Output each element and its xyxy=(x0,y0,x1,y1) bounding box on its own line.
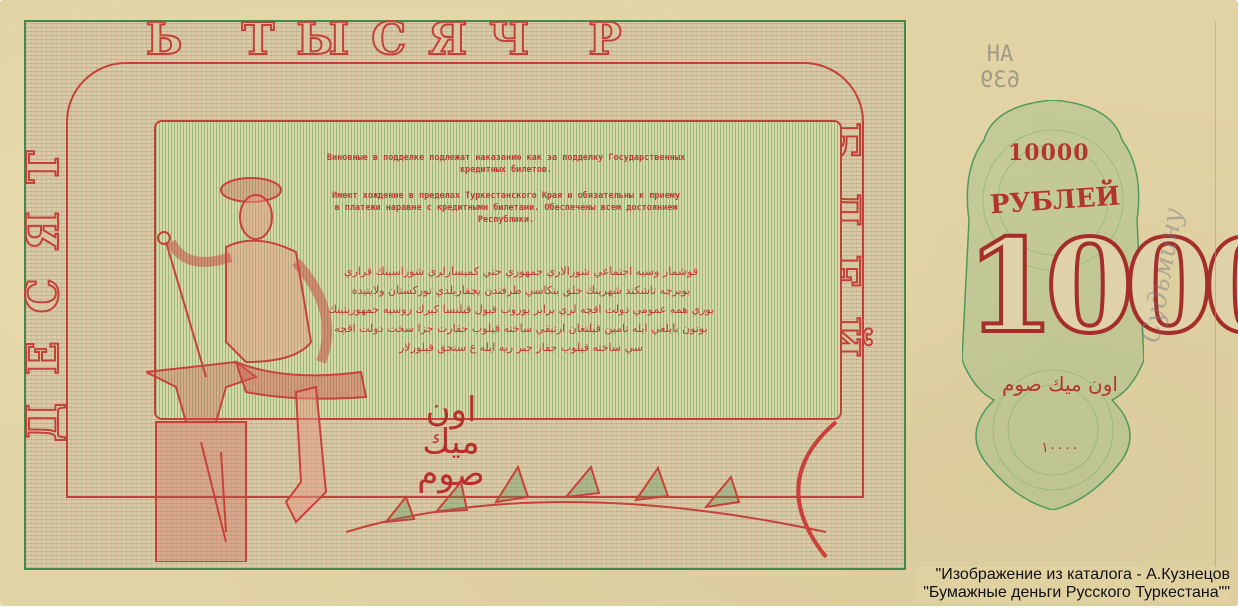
serial-number-showthrough: АН 639 xyxy=(968,42,1032,94)
main-panel: Ь ТЫСЯЧ Р ДЕСЯТ БЛЕЙ Виновные в подделке… xyxy=(24,20,906,570)
banknote: Ь ТЫСЯЧ Р ДЕСЯТ БЛЕЙ Виновные в подделке… xyxy=(0,0,1238,606)
wheat-branch-illustration xyxy=(346,382,866,562)
denomination-number: 10000 xyxy=(1008,140,1090,166)
catalog-caption: "Изображение из каталога - А.Кузнецов "Б… xyxy=(917,566,1230,602)
serial-number: 639 xyxy=(968,68,1032,94)
serial-series: АН xyxy=(968,42,1032,68)
caption-line-1: "Изображение из каталога - А.Кузнецов xyxy=(923,566,1230,584)
large-numeral: 1000 xyxy=(966,222,1238,352)
arabic-denomination-right: اون ميك صوم xyxy=(1000,372,1120,396)
right-margin-line xyxy=(1215,22,1216,582)
arabic-numeral: ١٠٠٠٠ xyxy=(1020,440,1100,456)
caption-line-2: "Бумажные деньги Русского Туркестана"" xyxy=(923,584,1230,602)
border-text-left: ДЕСЯТ xyxy=(18,123,69,442)
border-text-top: Ь ТЫСЯЧ Р xyxy=(146,14,644,65)
